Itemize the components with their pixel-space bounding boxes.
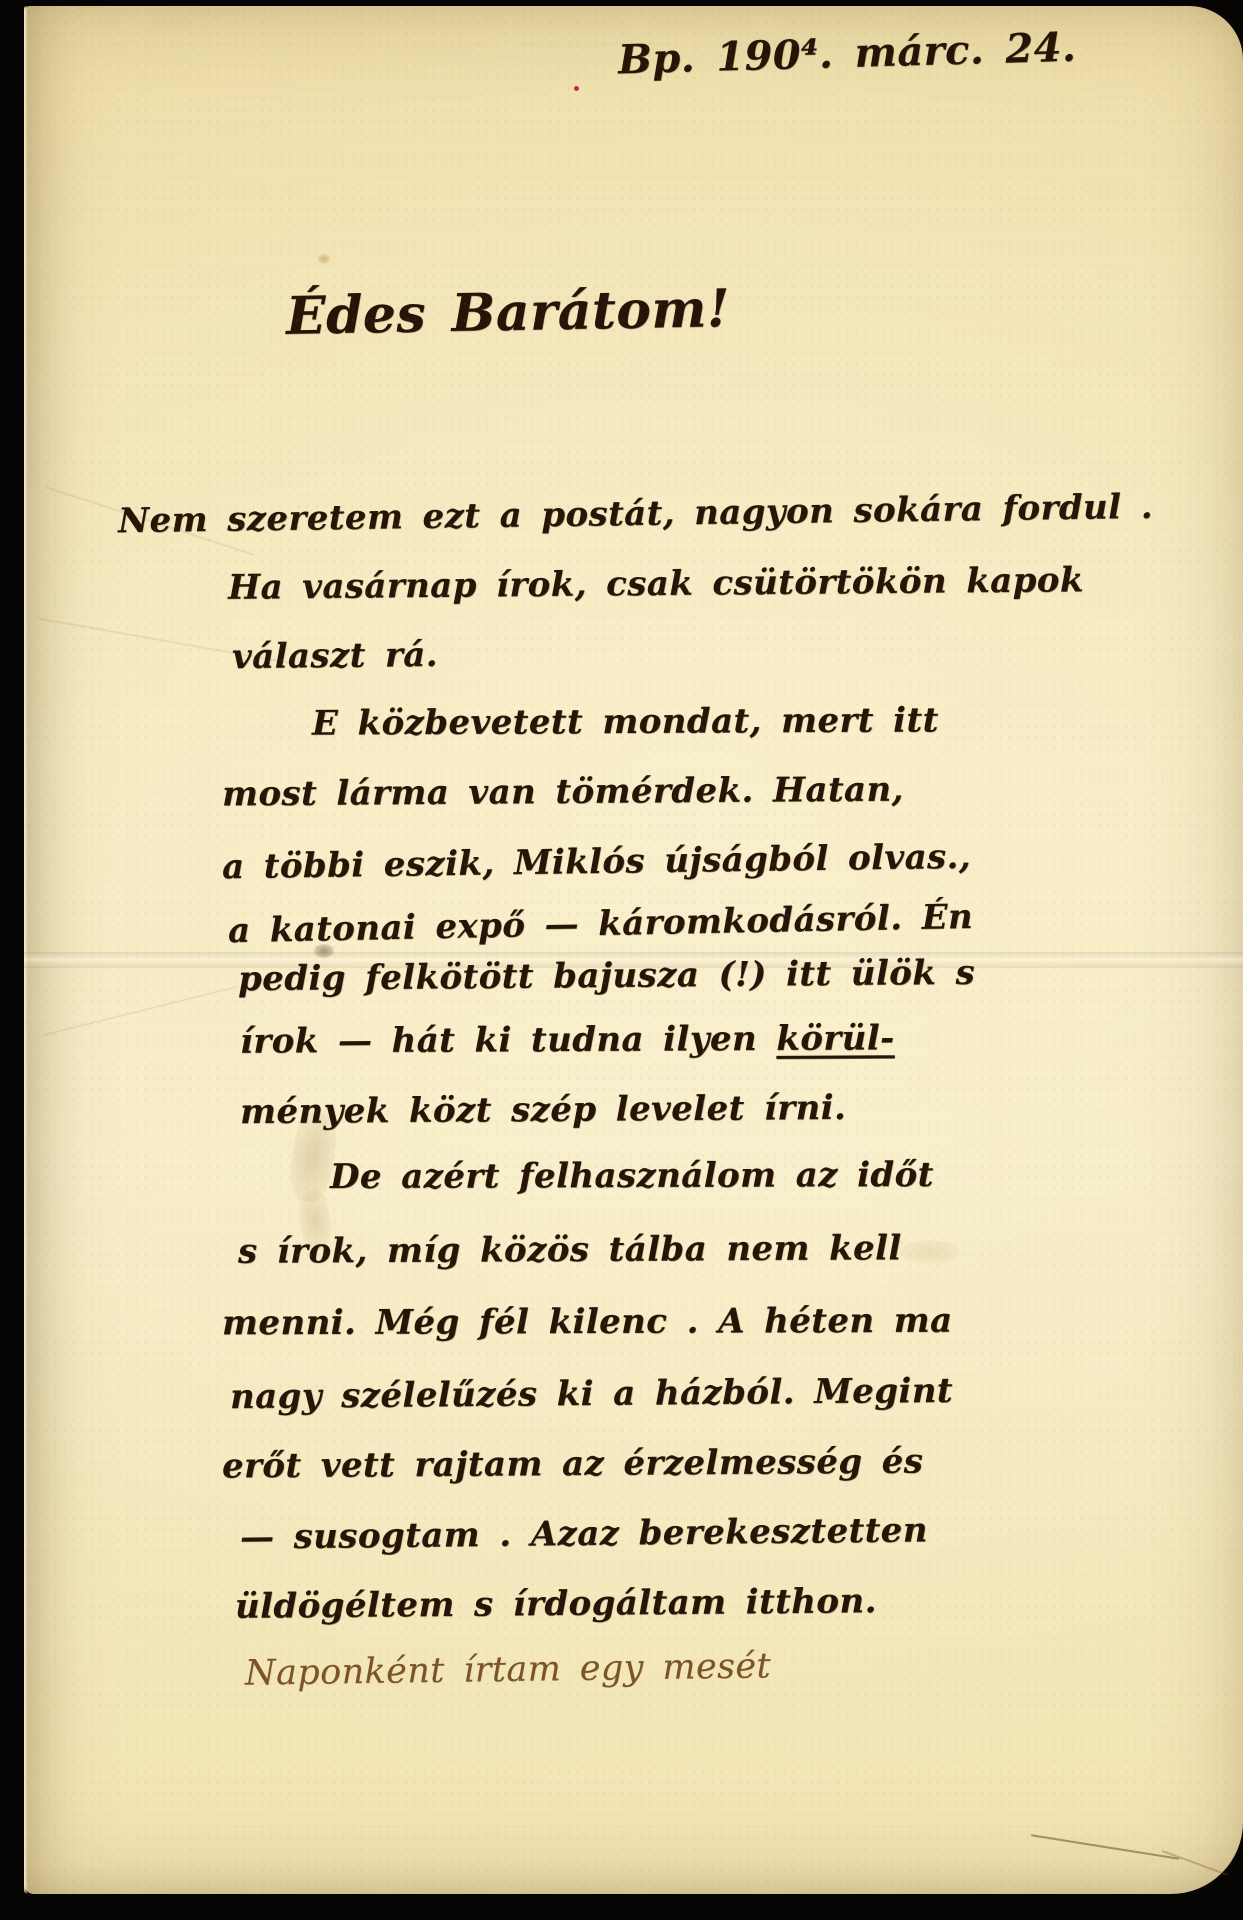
handwriting-line-9-main: írok — hát ki tudna ilyen bbox=[240, 1019, 777, 1062]
paper-torn-left-edge bbox=[24, 6, 28, 1894]
handwriting-line-12: s írok, míg közös tálba nem kell bbox=[238, 1228, 902, 1271]
handwritten-salutation: Édes Barátom! bbox=[286, 278, 731, 347]
handwriting-line-2: Ha vasárnap írok, csak csütörtökön kapok bbox=[228, 560, 1084, 607]
handwriting-line-14: nagy szélelűzés ki a házból. Megint bbox=[230, 1371, 953, 1417]
handwriting-line-9: írok — hát ki tudna ilyen körül- bbox=[240, 1018, 895, 1061]
handwriting-line-17: üldögéltem s írdogáltam itthon. bbox=[235, 1581, 877, 1627]
handwriting-line-15: erőt vett rajtam az érzelmesség és bbox=[222, 1442, 924, 1487]
handwriting-line-8: pedig felkötött bajusza (!) itt ülök s bbox=[238, 953, 975, 999]
handwriting-line-9-underlined-word: körül- bbox=[776, 1018, 895, 1059]
handwriting-line-18: Naponként írtam egy mesét bbox=[245, 1646, 772, 1693]
scanned-letter-page: Bp. 190⁴. márc. 24. Édes Barátom! Nem sz… bbox=[0, 0, 1243, 1920]
handwriting-line-16: — susogtam . Azaz berekesztetten bbox=[240, 1510, 928, 1557]
handwriting-line-13: menni. Még fél kilenc . A héten ma bbox=[222, 1301, 953, 1344]
handwriting-line-4: E közbevetett mondat, mert itt bbox=[312, 700, 939, 743]
handwriting-line-5: most lárma van tömérdek. Hatan, bbox=[222, 770, 904, 815]
handwriting-line-10: mények közt szép levelet írni. bbox=[240, 1088, 846, 1132]
handwriting-line-3: választ rá. bbox=[232, 635, 438, 677]
handwriting-line-11: De azért felhasználom az időt bbox=[330, 1155, 934, 1197]
